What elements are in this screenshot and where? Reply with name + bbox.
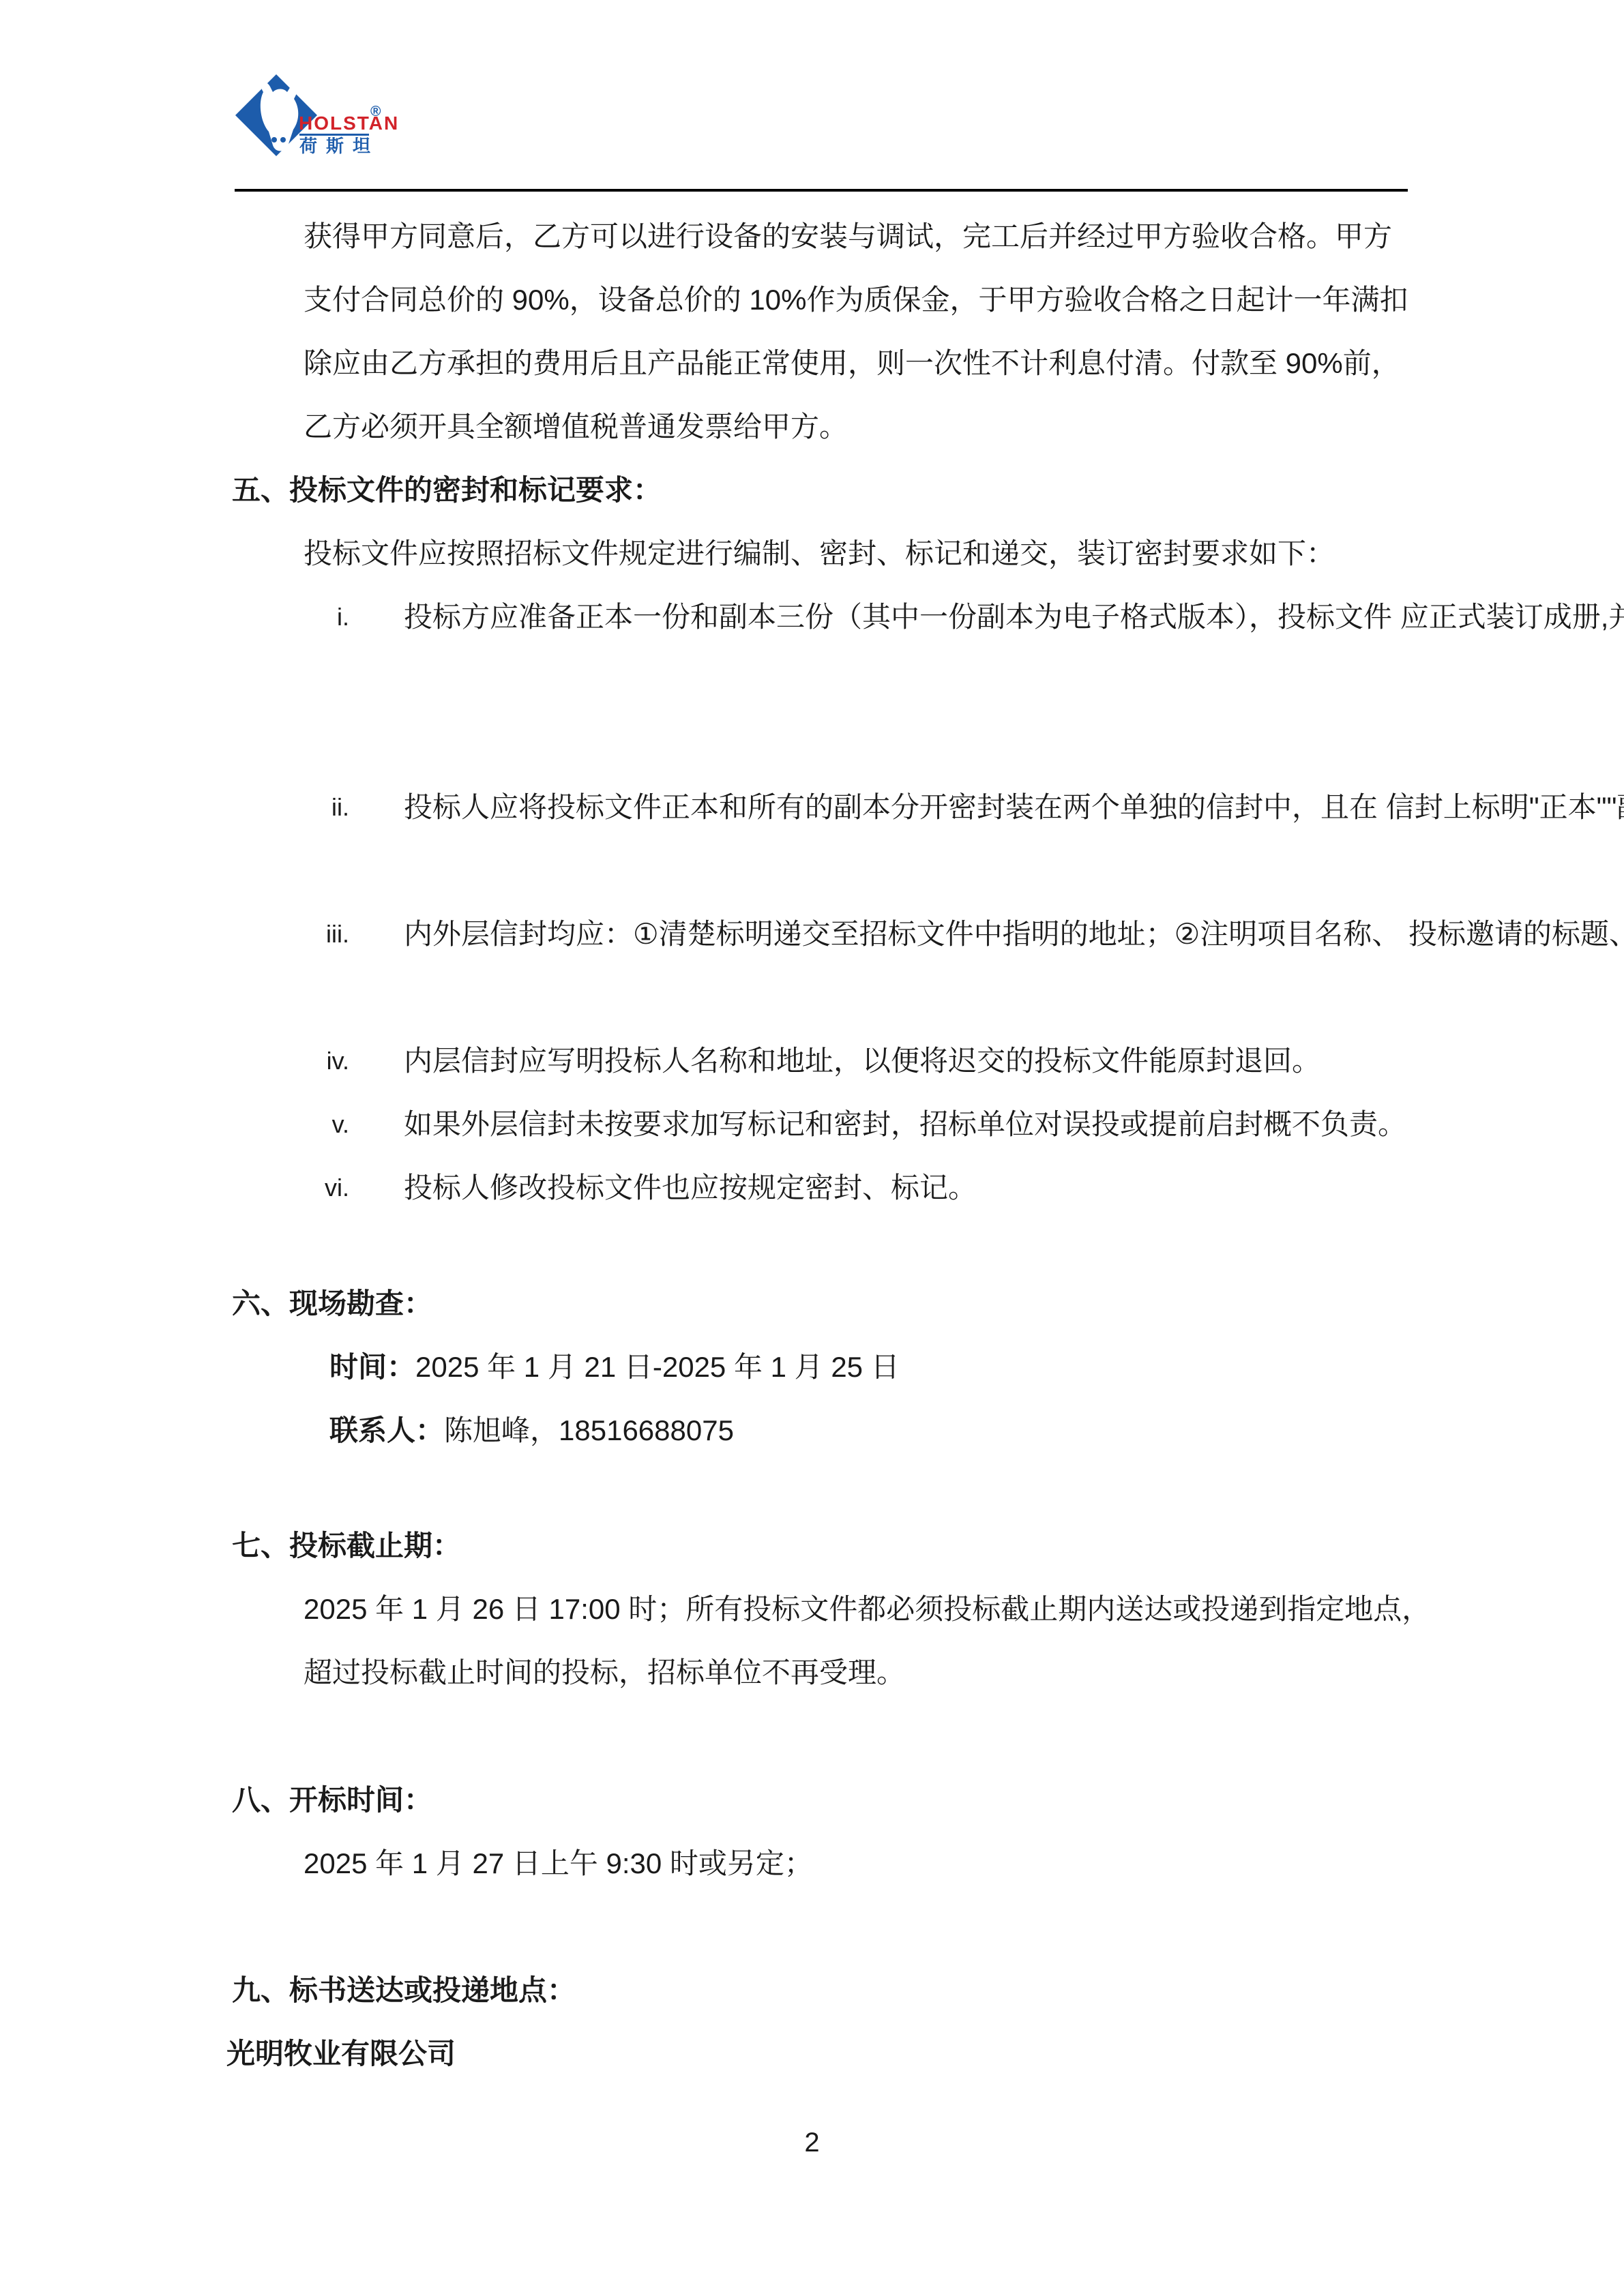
brand-text-chinese: 荷斯坦 bbox=[299, 137, 379, 155]
text-line: 投标人修改投标文件也应按规定密封、标记。 bbox=[404, 1172, 977, 1204]
list-item-i-text: 投标方应准备正本一份和副本三份（其中一份副本为电子格式版本），投标文件 应正式装… bbox=[404, 585, 1624, 648]
deadline-paragraph: 2025 年 1 月 26 日 17:00 时；所有投标文件都必须投标截止期内送… bbox=[304, 1577, 1430, 1704]
company-name: 光明牧业有限公司 bbox=[226, 2022, 456, 2085]
site-survey-contact: 联系人：陈旭峰，18516688075 bbox=[329, 1399, 734, 1462]
list-item-v-text: 如果外层信封未按要求加写标记和密封，招标单位对误投或提前启封概不负责。 bbox=[404, 1092, 1406, 1156]
text-line: 超过投标截止时间的投标，招标单位不再受理。 bbox=[304, 1641, 1430, 1704]
list-item-iii-number: iii. bbox=[273, 902, 349, 966]
page-number: 2 bbox=[0, 2129, 1624, 2156]
registered-mark: ® bbox=[370, 104, 381, 119]
section-5-intro: 投标文件应按照招标文件规定进行编制、密封、标记和递交，装订密封要求如下： bbox=[304, 522, 1335, 585]
list-item-iv-text: 内层信封应写明投标人名称和地址，以便将迟交的投标文件能原封退回。 bbox=[404, 1029, 1320, 1092]
heading-section-9: 九、标书送达或投递地点： bbox=[232, 1958, 576, 2022]
text-line: 内外层信封均应：①清楚标明递交至招标文件中指明的地址；②注明项目名称、 bbox=[404, 918, 1400, 950]
list-item-vi-number: vi. bbox=[273, 1156, 349, 1219]
heading-section-6: 六、现场勘查： bbox=[232, 1272, 432, 1335]
list-item-ii-number: ii. bbox=[273, 775, 349, 839]
time-value: 2025 年 1 月 21 日-2025 年 1 月 25 日 bbox=[415, 1351, 900, 1383]
list-item-vi-text: 投标人修改投标文件也应按规定密封、标记。 bbox=[404, 1156, 977, 1219]
document-page: HOLSTAN ® 荷斯坦 获得甲方同意后，乙方可以进行设备的安装与调试，完工后… bbox=[0, 0, 1624, 2296]
list-item-i-number: i. bbox=[273, 585, 349, 648]
text-line: 如果外层信封未按要求加写标记和密封，招标单位对误投或提前启封概不负责。 bbox=[404, 1108, 1406, 1140]
list-item-v-number: v. bbox=[273, 1092, 349, 1156]
text-line: 除应由乙方承担的费用后且产品能正常使用，则一次性不计利息付清。付款至 90%前， bbox=[304, 331, 1408, 395]
text-line: 获得甲方同意后，乙方可以进行设备的安装与调试，完工后并经过甲方验收合格。甲方 bbox=[304, 205, 1408, 268]
header-rule bbox=[235, 189, 1408, 192]
bid-opening-time: 2025 年 1 月 27 日上午 9:30 时或另定； bbox=[304, 1832, 813, 1895]
heading-section-5: 五、投标文件的密封和标记要求： bbox=[232, 458, 662, 522]
list-item-iii-text: 内外层信封均应：①清楚标明递交至招标文件中指明的地址；②注明项目名称、 投标邀请… bbox=[404, 902, 1624, 966]
time-label: 时间： bbox=[329, 1351, 415, 1383]
heading-section-8: 八、开标时间： bbox=[232, 1768, 432, 1832]
text-line: 支付合同总价的 90%，设备总价的 10%作为质保金，于甲方验收合格之日起计一年… bbox=[304, 268, 1408, 331]
text-line: 2025 年 1 月 26 日 17:00 时；所有投标文件都必须投标截止期内送… bbox=[304, 1577, 1430, 1641]
text-line: 投标人应将投标文件正本和所有的副本分开密封装在两个单独的信封中，且在 bbox=[404, 791, 1378, 823]
heading-section-7: 七、投标截止期： bbox=[232, 1514, 461, 1577]
text-line: 应正式装订成册,并在封面上注明"正本"或"副本"字样。一旦正本和副本有差异， bbox=[1400, 601, 1624, 633]
contact-value: 陈旭峰，18516688075 bbox=[444, 1414, 734, 1446]
text-line: 乙方必须开具全额增值税普通发票给甲方。 bbox=[304, 395, 1408, 458]
list-item-ii-text: 投标人应将投标文件正本和所有的副本分开密封装在两个单独的信封中，且在 信封上标明… bbox=[404, 775, 1624, 839]
text-line: 内层信封应写明投标人名称和地址，以便将迟交的投标文件能原封退回。 bbox=[404, 1045, 1320, 1077]
paragraph-payment-terms: 获得甲方同意后，乙方可以进行设备的安装与调试，完工后并经过甲方验收合格。甲方 支… bbox=[304, 205, 1408, 458]
list-item-iv-number: iv. bbox=[273, 1029, 349, 1092]
brand-text: HOLSTAN bbox=[299, 114, 399, 133]
text-line: 投标方应准备正本一份和副本三份（其中一份副本为电子格式版本），投标文件 bbox=[404, 601, 1392, 633]
contact-label: 联系人： bbox=[329, 1414, 444, 1446]
text-line: 投标邀请的标题、编号；③密封口处贴纸加盖单位公章。 bbox=[1408, 918, 1624, 950]
site-survey-time: 时间：2025 年 1 月 21 日-2025 年 1 月 25 日 bbox=[329, 1335, 900, 1399]
company-logo: HOLSTAN ® 荷斯坦 bbox=[232, 72, 396, 164]
text-line: 信封上标明"正本""副本"字样。然后再将所有信封封装在一个外层信封中。 bbox=[1386, 791, 1624, 823]
